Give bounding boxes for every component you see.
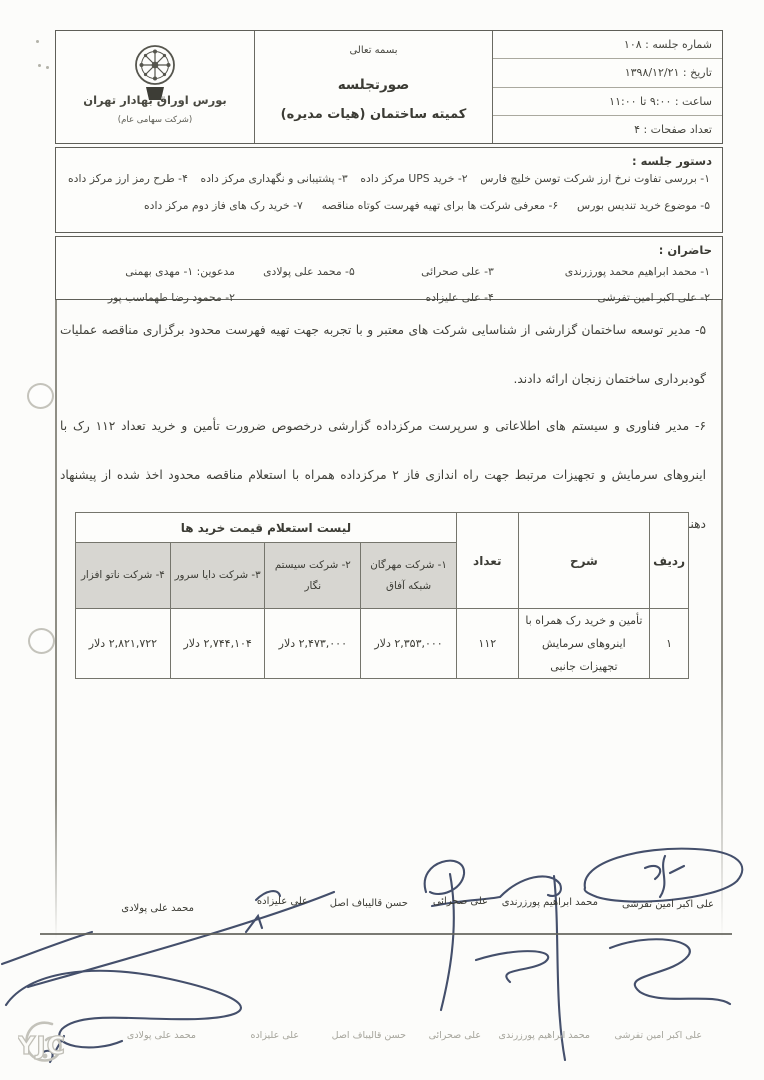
yjc-watermark-icon: YJC — [18, 1012, 126, 1074]
attendees-column-3: ۵- محمد علی پولادی — [252, 259, 355, 311]
printed-name-tafreshi: علی اکبر امین تفرشی — [615, 1030, 702, 1041]
attendee: ۱- محمد ابراهیم محمد پورزرندی — [511, 259, 710, 285]
printed-name-ghalibaf: حسن قالیباف اصل — [332, 1030, 406, 1041]
attendee: ۳- علی صحرائی — [372, 259, 494, 285]
page-count: تعداد صفحات : ۴ — [493, 116, 722, 143]
org-name: بورس اوراق بهادار تهران — [56, 93, 254, 107]
attendees-column-1: ۱- محمد ابراهیم محمد پورزرندی ۲- علی اکب… — [511, 259, 710, 311]
printed-name-alizadeh: علی علیزاده — [250, 1030, 299, 1041]
agenda-item-5: ۵- موضوع خرید تندیس بورس — [577, 199, 710, 212]
cell-price-3: ۲,۷۴۴,۱۰۴ دلار — [170, 609, 265, 679]
scanned-meeting-minutes-page: شماره جلسه : ۱۰۸ تاریخ : ۱۳۹۸/۱۲/۲۱ ساعت… — [0, 0, 764, 1080]
agenda-item-4: ۴- طرح رمز ارز مرکز داده — [68, 172, 188, 185]
page-frame-right — [721, 300, 723, 940]
document-header: شماره جلسه : ۱۰۸ تاریخ : ۱۳۹۸/۱۲/۲۱ ساعت… — [55, 30, 723, 144]
printed-name-pouladi: محمد علی پولادی — [127, 1030, 196, 1041]
signature-name-pouladi: محمد علی پولادی — [121, 903, 194, 914]
meeting-number: شماره جلسه : ۱۰۸ — [493, 31, 722, 59]
invitees-column: مدعوین: ۱- مهدی بهمنی ۲- محمود رضا طهماس… — [68, 259, 235, 311]
besmele-text: بسمه تعالی — [255, 45, 492, 56]
cell-price-2: ۲,۴۷۳,۰۰۰ دلار — [265, 609, 361, 679]
pen-dot — [46, 66, 49, 69]
printed-name-pourzarandi: محمد ابراهیم پورزرندی — [499, 1030, 590, 1041]
col-header-row-no: ردیف — [650, 513, 689, 609]
company-header-1: ۱- شرکت مهرگان شبکه آفاق — [361, 543, 457, 609]
company-header-2: ۲- شرکت سیستم نگار — [265, 543, 361, 609]
document-title: صورتجلسه — [255, 77, 492, 93]
agenda-row-2: ۵- موضوع خرید تندیس بورس ۶- معرفی شرکت ه… — [56, 199, 722, 212]
company-header-4: ۴- شرکت ناتو افزار — [76, 543, 171, 609]
col-header-quantity: تعداد — [456, 513, 518, 609]
page-frame-left — [55, 300, 57, 940]
agenda-item-6: ۶- معرفی شرکت ها برای تهیه فهرست کوتاه م… — [322, 199, 559, 212]
org-logo-box: بورس اوراق بهادار تهران (شرکت سهامی عام) — [56, 31, 254, 143]
punch-hole-top — [27, 383, 54, 409]
meeting-info-box: شماره جلسه : ۱۰۸ تاریخ : ۱۳۹۸/۱۲/۲۱ ساعت… — [492, 31, 722, 143]
company-header-3: ۳- شرکت دایا سرور — [170, 543, 265, 609]
pen-dot — [38, 64, 41, 67]
attendee: ۵- محمد علی پولادی — [252, 259, 355, 285]
table-row: ۱ تأمین و خرید رک همراه با اینروهای سرما… — [76, 609, 689, 679]
price-inquiry-table: ردیف شرح تعداد لیست استعلام قیمت خرید ها… — [75, 512, 689, 679]
agenda-item-3: ۳- پشتیبانی و نگهداری مرکز داده — [201, 172, 348, 185]
col-header-description: شرح — [518, 513, 649, 609]
printed-name-sahraei: علی صحرائی — [429, 1030, 481, 1041]
signature-name-alizadeh: علی علیزاده — [257, 896, 308, 907]
signature-name-ghalibaf: حسن قالیباف اصل — [330, 898, 408, 909]
yjc-watermark-text: YJC — [18, 1031, 66, 1060]
cell-quantity: ۱۱۲ — [456, 609, 518, 679]
org-subtitle: (شرکت سهامی عام) — [56, 115, 254, 125]
attendees-label: حاضران : — [56, 237, 722, 257]
agenda-item-1: ۱- بررسی تفاوت نرخ ارز شرکت توسن خلیج فا… — [480, 172, 710, 185]
pen-dot — [36, 40, 39, 43]
meeting-time: ساعت : ۹:۰۰ تا ۱۱:۰۰ — [493, 88, 722, 116]
attendees-box: حاضران : ۱- محمد ابراهیم محمد پورزرندی ۲… — [55, 236, 723, 300]
agenda-item-2: ۲- خرید UPS مرکز داده — [360, 172, 467, 185]
signature-divider-line — [40, 933, 732, 935]
agenda-label: دستور جلسه : — [56, 148, 722, 168]
attendees-column-2: ۳- علی صحرائی ۴- علی علیزاده — [372, 259, 494, 311]
agenda-box: دستور جلسه : ۱- بررسی تفاوت نرخ ارز شرکت… — [55, 147, 723, 233]
signature-name-sahraei: علی صحرائی — [433, 896, 488, 907]
signature-name-pourzarandi: محمد ابراهیم پورزرندی — [502, 897, 598, 908]
agenda-row-1: ۱- بررسی تفاوت نرخ ارز شرکت توسن خلیج فا… — [56, 172, 722, 185]
meeting-date: تاریخ : ۱۳۹۸/۱۲/۲۱ — [493, 59, 722, 87]
col-header-price-group: لیست استعلام قیمت خرید ها — [76, 513, 457, 543]
cell-price-1: ۲,۳۵۳,۰۰۰ دلار — [361, 609, 457, 679]
signature-name-tafreshi: علی اکبر امین تفرشی — [622, 899, 714, 910]
minutes-item-5: ۵- مدیر توسعه ساختمان گزارشی از شناسایی … — [60, 306, 706, 404]
title-block: بسمه تعالی صورتجلسه کمیته ساختمان (هیات … — [254, 31, 492, 143]
agenda-item-7: ۷- خرید رک های فاز دوم مرکز داده — [144, 199, 303, 212]
cell-price-4: ۲,۸۲۱,۷۲۲ دلار — [76, 609, 171, 679]
committee-name: کمیته ساختمان (هیات مدیره) — [255, 107, 492, 122]
cell-description: تأمین و خرید رک همراه با اینروهای سرمایش… — [518, 609, 649, 679]
cell-row-no: ۱ — [650, 609, 689, 679]
invitee: مدعوین: ۱- مهدی بهمنی — [68, 259, 235, 285]
attendees-grid: ۱- محمد ابراهیم محمد پورزرندی ۲- علی اکب… — [56, 257, 722, 311]
punch-hole-bottom — [28, 628, 55, 654]
